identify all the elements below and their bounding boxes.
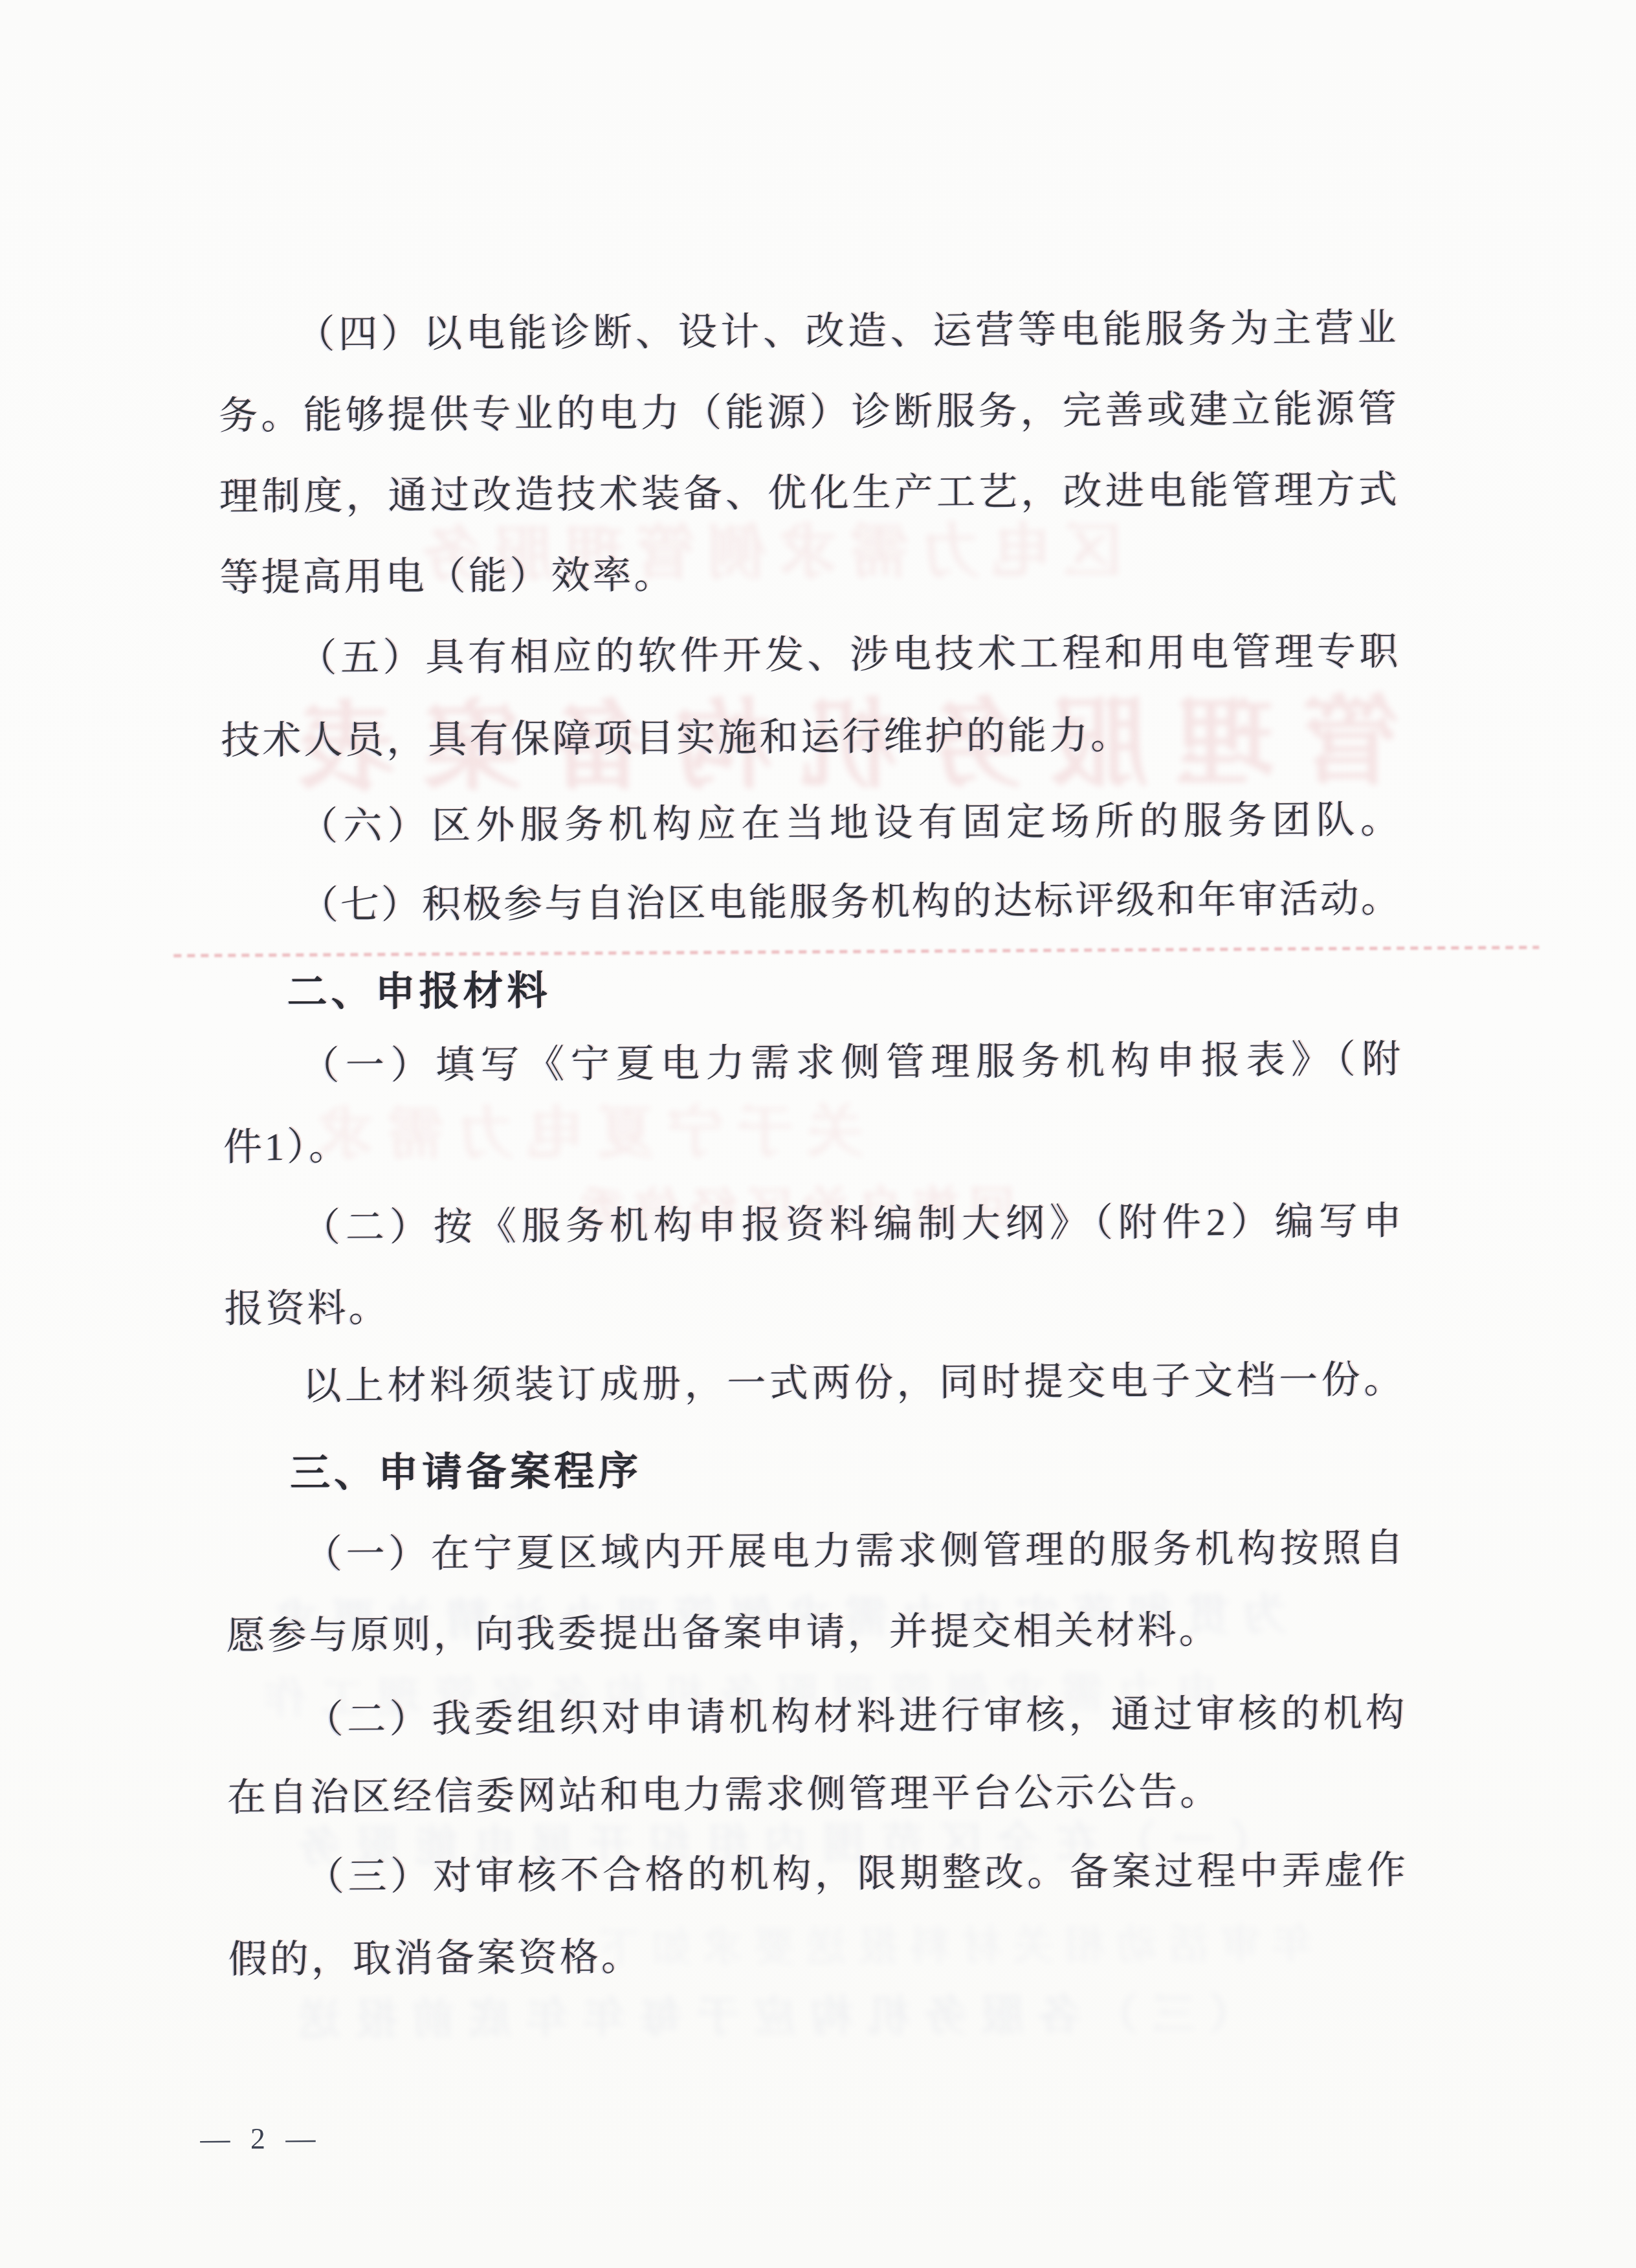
section-heading: 二、申报材料 — [222, 966, 1400, 1014]
text-line: （七）积极参与自治区电能服务机构的达标评级和年审活动。 — [222, 878, 1400, 927]
bleed-through-layer: 区电力需求侧管理服务管理服务机构备案表关于宁夏电力需求回族自治区经信委为贯彻落实… — [0, 0, 1629, 5]
bleed-through-text: （三）各服务机构应于每年年底前报送 — [283, 1979, 1252, 2047]
section-heading: 三、申请备案程序 — [225, 1446, 1403, 1495]
text-line: 等提高用电（能）效率。 — [220, 550, 1398, 599]
text-line: 以上材料须装订成册，一式两份，同时提交电子文档一份。 — [225, 1359, 1402, 1407]
bleed-through-rule — [173, 946, 1539, 957]
text-line: （五）具有相应的软件开发、涉电技术工程和用电管理专职 — [220, 631, 1398, 680]
text-line: （二）我委组织对申请机构材料进行审核，通过审核的机构 — [227, 1692, 1404, 1740]
text-layer: （四）以电能诊断、设计、改造、运营等电能服务为主营业务。能够提供专业的电力（能源… — [0, 0, 1629, 5]
text-line: 理制度，通过改造技术装备、优化生产工艺，改进电能管理方式 — [219, 469, 1397, 518]
page-number: — 2 — — [200, 2121, 322, 2156]
text-line: 愿参与原则，向我委提出备案申请，并提交相关材料。 — [227, 1608, 1404, 1656]
text-line: 件1）。 — [223, 1119, 1401, 1168]
text-line: （六）区外服务机构应在当地设有固定场所的服务团队。 — [221, 799, 1399, 848]
text-line: 务。能够提供专业的电力（能源）诊断服务，完善或建立能源管 — [219, 388, 1397, 437]
text-line: （一）在宁夏区域内开展电力需求侧管理的服务机构按照自 — [226, 1527, 1404, 1575]
text-line: 在自治区经信委网站和电力需求侧管理平台公示公告。 — [227, 1770, 1405, 1818]
scan-tilt-layer: 区电力需求侧管理服务管理服务机构备案表关于宁夏电力需求回族自治区经信委为贯彻落实… — [0, 0, 1636, 2268]
text-line: （三）对审核不合格的机构，限期整改。备案过程中弄虚作 — [228, 1849, 1406, 1898]
text-line: （四）以电能诊断、设计、改造、运营等电能服务为主营业 — [218, 307, 1396, 356]
text-line: （一）填写《宁夏电力需求侧管理服务机构申报表》（附 — [223, 1038, 1400, 1087]
document-page: 区电力需求侧管理服务管理服务机构备案表关于宁夏电力需求回族自治区经信委为贯彻落实… — [0, 0, 1636, 2268]
text-line: 报资料。 — [224, 1281, 1402, 1329]
text-line: 假的，取消备案资格。 — [228, 1931, 1406, 1980]
text-line: 技术人员，具有保障项目实施和运行维护的能力。 — [221, 713, 1398, 762]
text-line: （二）按《服务机构申报资料编制大纲》（附件2）编写申 — [224, 1200, 1402, 1249]
